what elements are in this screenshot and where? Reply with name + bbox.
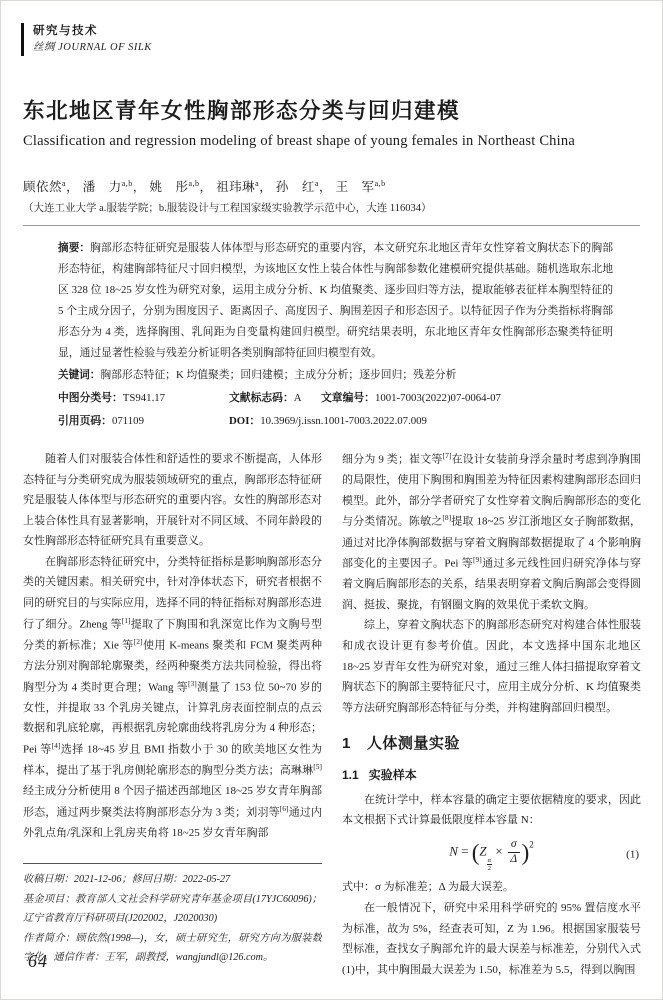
abstract-paragraph: 摘要：胸部形态特征研究是服装人体体型与形态研究的重要内容，本文研究东北地区青年女… [58, 238, 613, 364]
body-paragraph: 在一般情况下，研究中采用科学研究的 95% 置信度水平为标准，故为 5%，经查表… [342, 898, 641, 980]
affiliation: （大连工业大学 a.服装学院；b.服装设计与工程国家级实验教学示范中心，大连 1… [23, 200, 640, 215]
journal-page: 研究与技术 丝绸 JOURNAL OF SILK 东北地区青年女性胸部形态分类与… [0, 0, 663, 1000]
journal-name: 丝绸 JOURNAL OF SILK [33, 40, 152, 56]
right-column: 细分为 9 类；崔文等[7]在设计女装前身浮余量时考虑到净胸围的局限性，使用下胸… [342, 449, 641, 968]
equation-1: N = (Zα2 × σΔ)2 (1) [342, 838, 641, 873]
article-id: 文章编号：1001-7003(2022)07-0064-07 [321, 388, 613, 409]
keywords-label: 关键词： [58, 369, 100, 381]
meta-line-2: 引用页码：071109 DOI：10.3969/j.issn.1001-7003… [58, 411, 613, 432]
article-title-chinese: 东北地区青年女性胸部形态分类与回归建模 [23, 94, 640, 125]
sigma-over-delta-fraction: σΔ [508, 838, 520, 867]
section-heading-1: 1人体测量实验 [342, 730, 641, 758]
journal-section-label: 研究与技术 [33, 23, 152, 40]
body-paragraph: 在胸部形态特征研究中，分类特征指标是影响胸部形态分类的关键因素。相关研究中，针对… [23, 552, 322, 844]
keywords-line: 关键词：胸部形态特征；K 均值聚类；回归建模；主成分分析；逐步回归；残差分析 [58, 365, 613, 386]
header-divider [23, 225, 640, 226]
body-paragraph: 综上，穿着文胸状态下的胸部形态研究对构建合体性服装和成衣设计更有参考价值。因此，… [342, 615, 641, 718]
article-title-english: Classification and regression modeling o… [23, 133, 640, 150]
z-subscript: α2 [487, 857, 492, 872]
body-paragraph: 式中：σ 为标准差；Δ 为最大误差。 [342, 877, 641, 898]
abstract-label: 摘要： [58, 242, 90, 254]
subsection-heading-1-1: 1.1实验样本 [342, 764, 641, 786]
document-code: 文献标志码：A [229, 388, 321, 409]
clc-number: 中图分类号：TS941.17 [58, 388, 229, 409]
keywords-text: 胸部形态特征；K 均值聚类；回归建模；主成分分析；逐步回归；残差分析 [100, 369, 456, 381]
author: 王 军a,b [336, 180, 386, 194]
body-paragraph: 在统计学中，样本容量的确定主要依据精度的要求，因此本文根据下式计算最低限度样本容… [342, 790, 641, 831]
footnote-author-bio: 作者简介：顾依然(1998—)，女，硕士研究生，研究方向为服装数字化。通信作者：… [23, 929, 322, 968]
meta-line-1: 中图分类号：TS941.17 文献标志码：A 文章编号：1001-7003(20… [58, 388, 613, 409]
left-column: 随着人们对服装合体性和舒适性的要求不断提高，人体形态特征与分类研究成为服装领域研… [23, 449, 322, 968]
author: 孙 红a， [276, 180, 336, 194]
author-line: 顾依然a， 潘 力a,b， 姚 彤a,b， 祖玮琳a， 孙 红a， 王 军a,b [23, 177, 640, 195]
author: 祖玮琳a， [216, 180, 276, 194]
exponent: 2 [529, 839, 534, 849]
journal-header: 研究与技术 丝绸 JOURNAL OF SILK [21, 23, 152, 56]
body-paragraph: 随着人们对服装合体性和舒适性的要求不断提高，人体形态特征与分类研究成为服装领域研… [23, 449, 322, 552]
body-columns: 随着人们对服装合体性和舒适性的要求不断提高，人体形态特征与分类研究成为服装领域研… [23, 449, 640, 968]
page-number: 64 [28, 951, 48, 972]
equation-number: (1) [626, 849, 639, 862]
footnote-received-date: 收稿日期：2021-12-06；修回日期：2022-05-27 [23, 870, 322, 890]
body-paragraph: 细分为 9 类；崔文等[7]在设计女装前身浮余量时考虑到净胸围的局限性，使用下胸… [342, 449, 641, 615]
author: 顾依然a， [23, 180, 83, 194]
doi: DOI：10.3969/j.issn.1001-7003.2022.07.009 [229, 411, 613, 432]
author: 潘 力a,b， [83, 180, 150, 194]
author: 姚 彤a,b， [149, 180, 216, 194]
abstract-block: 摘要：胸部形态特征研究是服装人体体型与形态研究的重要内容，本文研究东北地区青年女… [58, 238, 613, 432]
footnote-block: 收稿日期：2021-12-06；修回日期：2022-05-27 基金项目：教育部… [23, 863, 322, 968]
footnote-funding: 基金项目：教育部人文社会科学研究青年基金项目(17YJC60096)；辽宁省教育… [23, 890, 322, 929]
citation-page: 引用页码：071109 [58, 411, 229, 432]
abstract-text: 胸部形态特征研究是服装人体体型与形态研究的重要内容，本文研究东北地区青年女性穿着… [58, 242, 613, 359]
